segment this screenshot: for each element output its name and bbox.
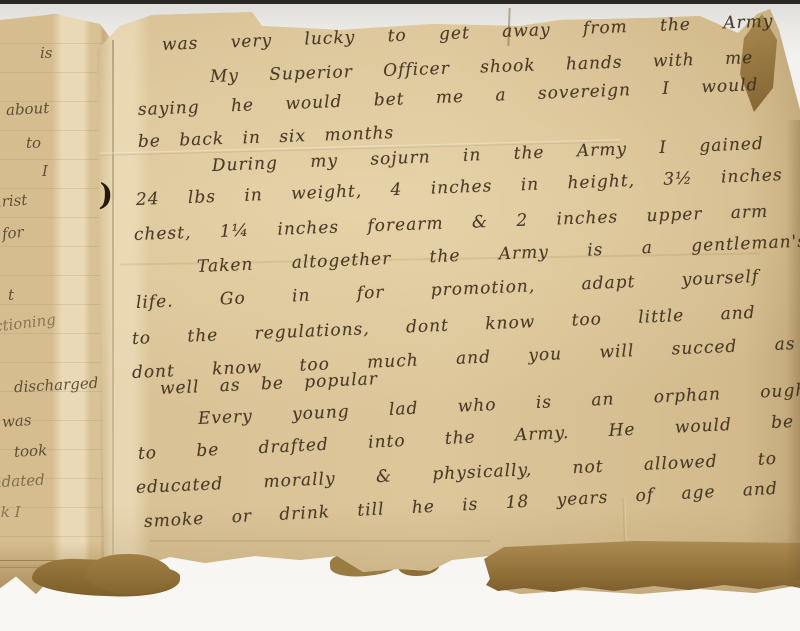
torn-edge-fragment [86, 554, 172, 594]
fold-crease [112, 40, 114, 560]
left-page-fragment: was [2, 413, 32, 430]
left-page-fragment: for [1, 225, 24, 242]
left-page-fragment: I [42, 164, 48, 179]
left-page-fragment: t [8, 288, 14, 303]
left-page-fragment: ik I [0, 505, 21, 520]
left-page-fragment: about [6, 101, 50, 118]
left-page-fragment: to [26, 136, 41, 151]
left-page-fragment: ndated [0, 473, 45, 491]
scanned-letter: is about to I hrist for t ctioning disch… [0, 0, 800, 631]
left-page-fragment: discharged [14, 376, 99, 395]
left-page-fragment: is [40, 46, 53, 61]
scanner-edge-strip [0, 0, 800, 4]
left-page-fragment: hrist [0, 193, 28, 210]
punch-hole-mark: ) [98, 178, 114, 214]
left-page-fragment: took [14, 443, 48, 460]
stained-bottom-edge [484, 541, 800, 594]
crease-line [150, 540, 490, 542]
